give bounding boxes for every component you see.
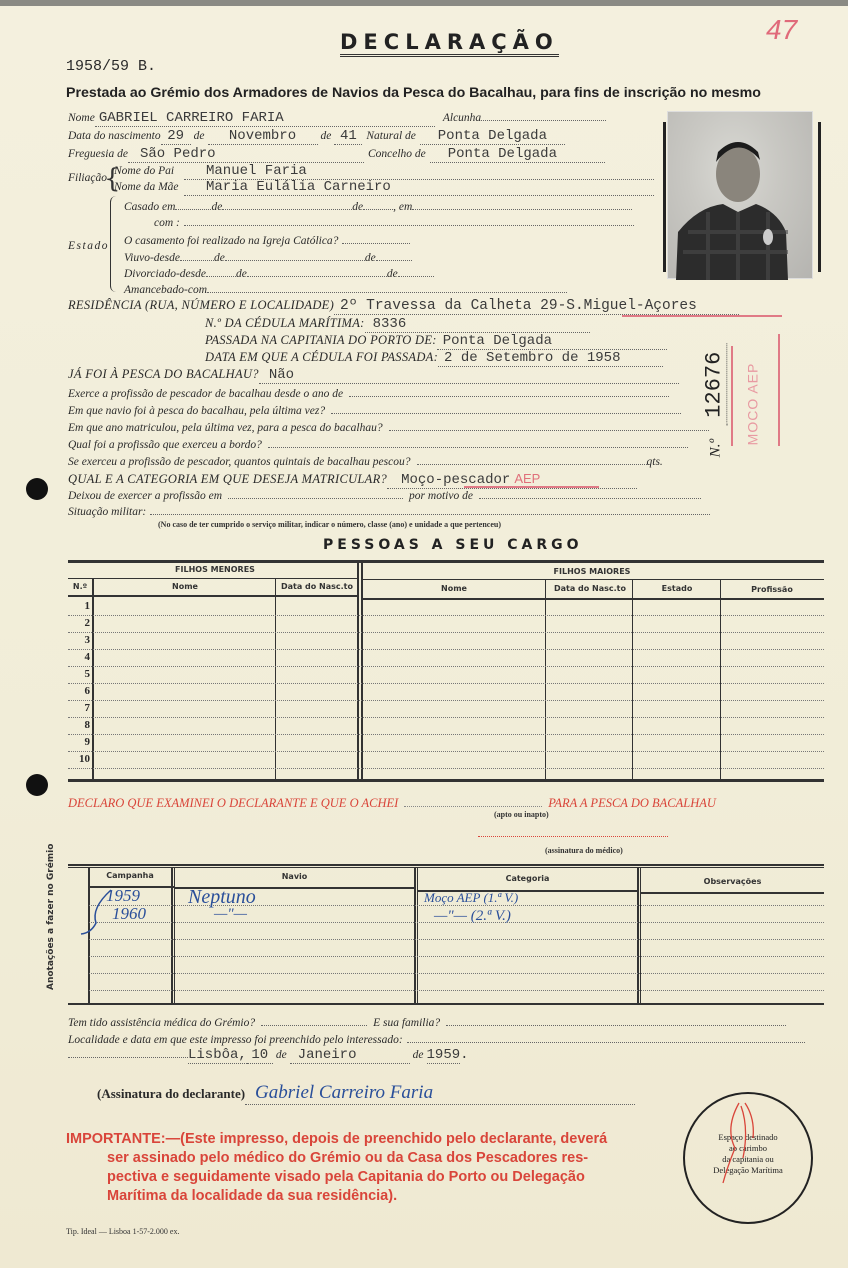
ano-matriculou-label: Em que ano matriculou, pela última vez, … <box>68 422 383 434</box>
militar-field[interactable] <box>150 503 710 515</box>
viuvo-ano-field[interactable] <box>376 249 412 261</box>
militar-note: (No caso de ter cumprido o serviço milit… <box>158 520 501 529</box>
nascimento-dia-field[interactable]: 29 <box>161 128 191 145</box>
table-row[interactable] <box>68 717 824 718</box>
cedula-label: N.º DA CÉDULA MARÍTIMA: <box>205 316 365 331</box>
assistencia-field[interactable] <box>261 1014 367 1026</box>
localidade-field[interactable] <box>407 1031 805 1043</box>
number-label: N.º <box>707 439 723 457</box>
brace-icon <box>110 196 116 292</box>
ano-matriculou-field[interactable] <box>389 419 709 431</box>
estado-label: Estado <box>68 240 109 252</box>
data-cedula-field[interactable]: 2 de Setembro de 1958 <box>438 350 663 367</box>
navio-ultima-field[interactable] <box>331 402 681 414</box>
de-label: de <box>352 201 363 213</box>
col-header-navio: Navio <box>175 872 414 881</box>
viuvo-mes-field[interactable] <box>225 249 365 261</box>
natural-label: Natural de <box>366 130 416 142</box>
categoria-entry: —"— (2.ª V.) <box>434 908 511 925</box>
de-label: de <box>387 268 398 280</box>
registration-number: 12676 <box>701 344 727 426</box>
col-header-campanha: Campanha <box>89 871 171 880</box>
handwritten-brace-icon <box>76 888 116 938</box>
table-row[interactable] <box>68 700 824 701</box>
amancebado-field[interactable] <box>207 281 567 293</box>
residencia-label: RESIDÊNCIA (RUA, NÚMERO E LOCALIDADE) <box>68 298 334 313</box>
scan-edge <box>0 0 848 6</box>
familia-label: E sua familia? <box>373 1017 440 1029</box>
reference-number: 1958/59 B. <box>66 58 156 75</box>
moco-aep-stamp: MOCO AEP <box>744 363 760 446</box>
casado-ano-field[interactable] <box>363 198 393 210</box>
freguesia-label: Freguesia de <box>68 148 128 160</box>
deixou-label: Deixou de exercer a profissão em <box>68 490 222 502</box>
de-label: de <box>365 252 376 264</box>
portrait-icon <box>668 112 814 280</box>
igreja-field[interactable] <box>342 232 410 244</box>
red-signature-icon <box>705 1098 765 1188</box>
assinatura-label: (Assinatura do declarante) <box>97 1086 245 1102</box>
de-label: de <box>211 201 222 213</box>
col-header-estado: Estado <box>634 584 720 593</box>
casado-local-field[interactable] <box>412 198 632 210</box>
de-label: de <box>214 252 225 264</box>
para-pesca-text: PARA A PESCA DO BACALHAU <box>548 796 716 811</box>
divorciado-mes-field[interactable] <box>247 265 387 277</box>
nascimento-label: Data do nascimento <box>68 130 161 142</box>
col-header-observacoes: Observações <box>641 877 824 886</box>
data-cedula-label: DATA EM QUE A CÉDULA FOI PASSADA: <box>205 350 438 365</box>
table-row[interactable] <box>68 768 824 769</box>
quintais-label: Se exerceu a profissão de pescador, quan… <box>68 456 411 468</box>
table-row[interactable] <box>89 956 824 957</box>
applicant-photo <box>667 111 813 279</box>
divorciado-ano-field[interactable] <box>398 265 434 277</box>
exerce-desde-label: Exerce a profissão de pescador de bacalh… <box>68 388 343 400</box>
ano-field[interactable]: 1959 <box>427 1047 461 1064</box>
col-header-nome: Nome <box>94 582 276 591</box>
nome-field[interactable]: GABRIEL CARREIRO FARIA <box>95 110 435 127</box>
natural-field[interactable]: Ponta Delgada <box>420 128 565 145</box>
quintais-unit: qts. <box>647 456 663 468</box>
divorciado-label: Divorciado-desde <box>124 268 206 280</box>
table-row[interactable] <box>89 973 824 974</box>
casado-label: Casado em <box>124 201 175 213</box>
viuvo-label: Viuvo-desde <box>124 252 180 264</box>
table-row[interactable] <box>68 649 824 650</box>
assinatura-medico-hint: (assinatura do médico) <box>545 846 623 855</box>
igreja-label: O casamento foi realizado na Igreja Cató… <box>124 235 338 247</box>
row-number: 1 <box>68 600 90 612</box>
punch-hole <box>26 774 48 796</box>
divider <box>68 560 824 563</box>
importante-notice: IMPORTANTE:—(Este impresso, depois de pr… <box>66 1130 607 1206</box>
col-header-categoria: Categoria <box>418 874 637 883</box>
com-label: com : <box>154 217 180 229</box>
declarante-signature[interactable]: Gabriel Carreiro Faria <box>245 1082 635 1105</box>
quintais-field[interactable] <box>417 453 647 465</box>
table-row[interactable] <box>68 751 824 752</box>
amancebado-label: Amancebado-com <box>124 284 207 296</box>
row-number: 3 <box>68 634 90 646</box>
concelho-label: Concelho de <box>368 148 426 160</box>
categoria-label: QUAL E A CATEGORIA EM QUE DESEJA MATRICU… <box>68 472 387 487</box>
row-number: 10 <box>68 753 90 765</box>
table-row[interactable] <box>68 734 824 735</box>
pessoas-title: PESSOAS A SEU CARGO <box>323 537 583 553</box>
nascimento-ano-field[interactable]: 41 <box>334 128 362 145</box>
declaro-text: DECLARO QUE EXAMINEI O DECLARANTE E QUE … <box>68 796 398 811</box>
document-title: DECLARAÇÃO <box>340 30 559 57</box>
de-label: de <box>413 1049 424 1061</box>
divider <box>68 1003 824 1005</box>
local-field[interactable]: Lisbôa, <box>188 1047 247 1064</box>
deixou-field[interactable] <box>228 487 403 499</box>
punch-hole <box>26 478 48 500</box>
de-label: de <box>236 268 247 280</box>
mae-label: Nome da Mãe <box>114 181 184 193</box>
campanha-entry: 1960 <box>112 904 146 924</box>
red-underline <box>622 315 782 317</box>
row-number: 6 <box>68 685 90 697</box>
nome-label: Nome <box>68 112 95 124</box>
navio-ultima-label: Em que navio foi à pesca do bacalhau, pe… <box>68 405 325 417</box>
table-row[interactable] <box>68 632 824 633</box>
ja-foi-field[interactable]: Não <box>259 367 679 384</box>
motivo-label: por motivo de <box>409 490 473 502</box>
casado-mes-field[interactable] <box>222 198 352 210</box>
row-number: 2 <box>68 617 90 629</box>
side-registration-stamp: N.º 12676 MOCO AEP <box>705 330 815 480</box>
capitania-label: PASSADA NA CAPITANIA DO PORTO DE: <box>205 333 437 348</box>
declaration-form: DECLARAÇÃO 47 1958/59 B. Prestada ao Gré… <box>0 0 848 1268</box>
document-subtitle: Prestada ao Grémio dos Armadores de Navi… <box>66 85 761 101</box>
medico-signature-field[interactable] <box>478 836 668 837</box>
em-label: , em <box>393 201 412 213</box>
row-number: 8 <box>68 719 90 731</box>
viuvo-dia-field[interactable] <box>180 249 214 261</box>
assistencia-label: Tem tido assistência médica do Grémio? <box>68 1017 255 1029</box>
apto-hint: (apto ou inapto) <box>494 810 549 819</box>
cedula-field[interactable]: 8336 <box>365 316 590 333</box>
exerce-desde-field[interactable] <box>349 385 669 397</box>
divider <box>68 779 824 782</box>
filhos-maiores-title: FILHOS MAIORES <box>362 567 822 576</box>
table-row[interactable] <box>68 683 824 684</box>
motivo-field[interactable] <box>479 487 701 499</box>
apto-field[interactable] <box>404 795 542 807</box>
row-number: 4 <box>68 651 90 663</box>
row-number: 7 <box>68 702 90 714</box>
table-row[interactable] <box>68 615 824 616</box>
localidade-fill <box>68 1057 188 1058</box>
de-label: de <box>321 130 332 142</box>
categoria-entry: Moço AEP (1.ª V.) <box>424 890 518 906</box>
de-label: de <box>194 130 205 142</box>
table-row[interactable] <box>68 666 824 667</box>
col-header-numero: N.º <box>68 582 92 591</box>
page-number: 47 <box>766 14 797 46</box>
col-header-data-nasc: Data do Nasc.to <box>547 584 633 593</box>
divorciado-dia-field[interactable] <box>206 265 236 277</box>
capitania-stamp-area: Espaço destinado ao carimbo da capitania… <box>683 1092 813 1224</box>
freguesia-field[interactable]: São Pedro <box>128 146 364 163</box>
profissao-bordo-field[interactable] <box>268 436 688 448</box>
filiacao-label: Filiação <box>68 172 107 184</box>
alcunha-label: Alcunha <box>443 112 481 124</box>
pai-label: Nome do Pai <box>114 165 184 177</box>
residencia-field[interactable]: 2º Travessa da Calheta 29-S.Miguel-Açore… <box>334 298 739 315</box>
col-header-nome: Nome <box>362 584 546 593</box>
profissao-bordo-label: Qual foi a profissão que exerceu a bordo… <box>68 439 262 451</box>
casado-com-field[interactable] <box>184 214 634 226</box>
nascimento-mes-field[interactable]: Novembro <box>208 128 318 145</box>
dia-field[interactable]: 10 <box>247 1047 273 1064</box>
militar-label: Situação militar: <box>68 506 146 518</box>
divider <box>68 864 824 866</box>
casado-dia-field[interactable] <box>175 198 211 210</box>
localidade-label: Localidade e data em que este impresso f… <box>68 1034 403 1046</box>
anotacoes-side-label: Anotações a fazer no Grémio <box>46 844 56 990</box>
aep-stamp: AEP <box>514 471 540 486</box>
capitania-field[interactable]: Ponta Delgada <box>437 333 667 350</box>
mes-field[interactable]: Janeiro <box>290 1047 410 1064</box>
row-number: 9 <box>68 736 90 748</box>
ja-foi-label: JÁ FOI À PESCA DO BACALHAU? <box>68 367 259 382</box>
table-row[interactable] <box>89 990 824 991</box>
alcunha-field[interactable] <box>481 120 606 121</box>
table-row[interactable] <box>89 939 824 940</box>
pai-field[interactable]: Manuel Faria <box>184 163 654 180</box>
concelho-field[interactable]: Ponta Delgada <box>430 146 605 163</box>
printer-imprint: Tip. Ideal — Lisboa 1-57-2.000 ex. <box>66 1227 179 1236</box>
mae-field[interactable]: Maria Eulália Carneiro <box>184 179 654 196</box>
familia-field[interactable] <box>446 1014 786 1026</box>
de-label: de <box>276 1049 287 1061</box>
navio-entry: —"— <box>214 906 247 923</box>
col-header-data-nasc: Data do Nasc.to <box>277 582 357 591</box>
row-number: 5 <box>68 668 90 680</box>
filhos-menores-title: FILHOS MENORES <box>100 565 330 574</box>
col-header-profissao: Profissão <box>721 585 823 594</box>
